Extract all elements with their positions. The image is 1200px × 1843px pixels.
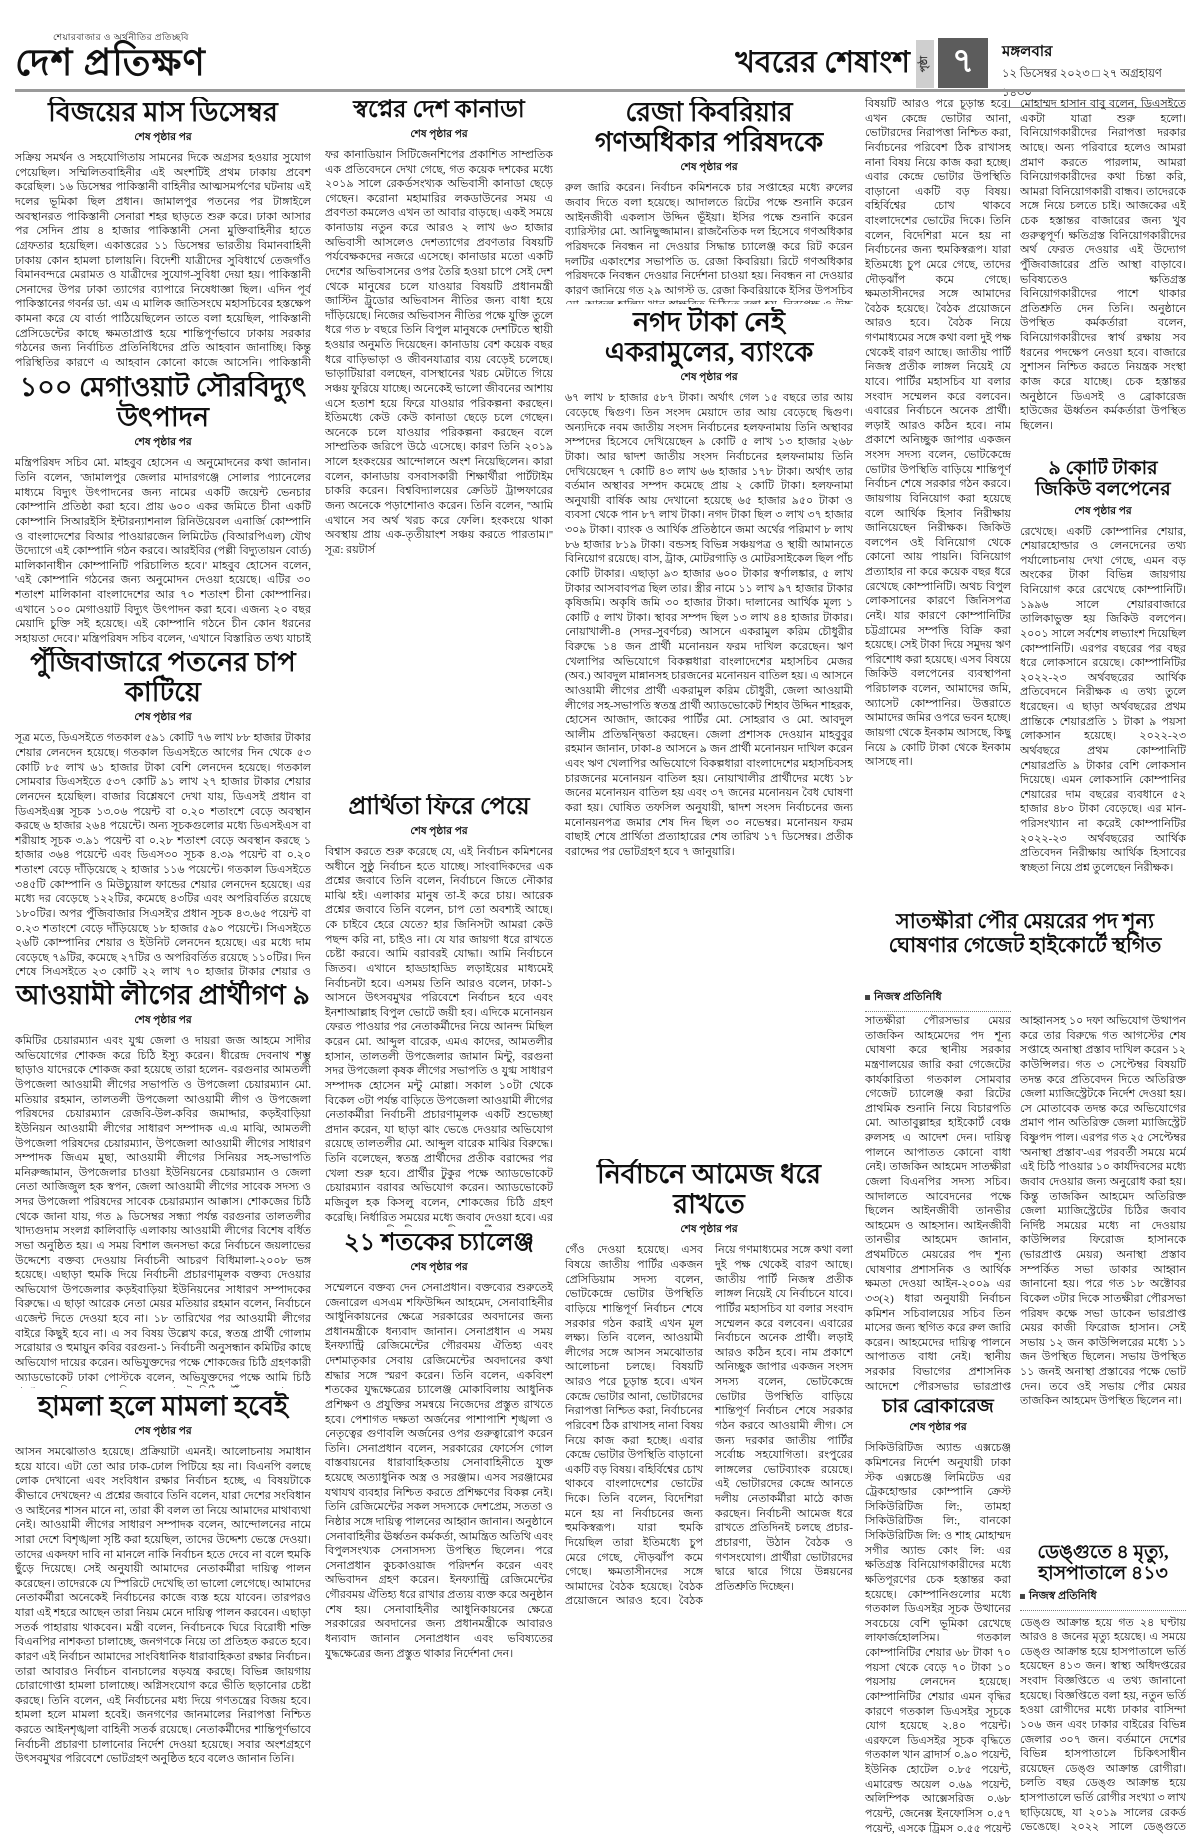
- article-attack-case: হামলা হলে মামলা হবেই শেষ পৃষ্ঠার পর আসন …: [15, 1391, 311, 1835]
- continued-from-label: শেষ পৃষ্ঠার পর: [15, 1424, 311, 1441]
- article-body: মন্ত্রিপরিষদ সচিব মো. মাহবুব হোসেন এ অনু…: [15, 456, 311, 644]
- byline-bullet-icon: [1020, 1594, 1025, 1599]
- newspaper-logo: দেশ প্রতিক্ষণ: [15, 45, 335, 84]
- article-body: বিশ্বাস করতে শুরু করেছে যে, এই নির্বাচন …: [325, 845, 553, 1227]
- article-headline: চার ব্রোকারেজ: [865, 1396, 1011, 1417]
- article-body: সম্মেলনে বক্তব্য দেন সেনাপ্রধান। বক্তব্য…: [325, 1281, 553, 1835]
- article-body: রুল জারি করেন। নির্বাচন কমিশনকে চার সপ্ত…: [565, 181, 853, 304]
- article-headline: হামলা হলে মামলা হবেই: [15, 1391, 311, 1421]
- article-candidacy-restored: প্রার্থিতা ফিরে পেয়ে শেষ পৃষ্ঠার পর বিশ…: [325, 794, 553, 1227]
- column-continuation-text: বিষয়টি আরও পরে চূড়ান্ত হবে। এখন কেন্দ্…: [865, 97, 1011, 907]
- newspaper-page: শেয়ারবাজার ও অর্থনীতির প্রতিচ্ছবি দেশ প…: [0, 0, 1200, 1843]
- article-awami-league-candidates: আওয়ামী লীগের প্রার্থীগণ ৯ শেষ পৃষ্ঠার প…: [15, 980, 311, 1388]
- article-ekramul-no-cash: নগদ টাকা নেই একরামুলের, ব্যাংকে শেষ পৃষ্…: [565, 307, 853, 1156]
- correspondent-label: নিজস্ব প্রতিনিধি: [874, 991, 942, 1003]
- article-21st-century-challenge: ২১ শতকের চ্যালেঞ্জ শেষ পৃষ্ঠার পর সম্মেল…: [325, 1230, 553, 1835]
- article-body: আসন সমঝোতাও হয়েছে। প্রক্রিয়াটা এমনই। আ…: [15, 1445, 311, 1835]
- page-word-box: পৃষ্ঠা: [916, 40, 934, 88]
- continued-from-label: শেষ পৃষ্ঠার পর: [15, 710, 311, 727]
- continued-from-label: শেষ পৃষ্ঠার পর: [1020, 504, 1186, 521]
- continued-from-label: শেষ পৃষ্ঠার পর: [565, 370, 853, 387]
- article-headline: নির্বাচনে আমেজ ধরে রাখতে: [565, 1159, 853, 1219]
- article-headline: ডেঙ্গুতে ৪ মৃত্যু, হাসপাতালে ৪১৩: [1020, 1542, 1186, 1585]
- weekday-label: মঙ্গলবার: [1002, 40, 1185, 65]
- section-title: খবরের শেষাংশ: [700, 38, 910, 89]
- article-body: কমিটির চেয়ারম্যান এবং যুগ্ম জেলা ও দায়…: [15, 1034, 311, 1388]
- article-headline: সাতক্ষীরা পৌর মেয়রের পদ শূন্য ঘোষণার গে…: [865, 910, 1185, 957]
- continued-from-label: শেষ পৃষ্ঠার পর: [325, 1260, 553, 1277]
- article-body: সিকিউরিটিজ অ্যান্ড এক্সচেঞ্জ কমিশনের নির…: [865, 1441, 1011, 1835]
- article-satkhira-mayor-headline: সাতক্ষীরা পৌর মেয়রের পদ শূন্য ঘোষণার গে…: [865, 910, 1185, 984]
- article-headline: স্বপ্নের দেশ কানাডা: [325, 97, 553, 124]
- article-100mw-solar: ১০০ মেগাওয়াট সৌরবিদ্যুৎ উৎপাদন শেষ পৃষ্…: [15, 372, 311, 644]
- continued-from-label: শেষ পৃষ্ঠার পর: [15, 1013, 311, 1030]
- page-number-badge: ৭: [938, 38, 988, 88]
- article-satkhira-body-left: সাতক্ষীরা পৌরসভার মেয়র তাজকিন আহমেদের প…: [865, 1014, 1011, 1390]
- byline-bullet-icon: [865, 995, 870, 1000]
- correspondent-label: নিজস্ব প্রতিনিধি: [1029, 1590, 1097, 1602]
- article-headline: প্রার্থিতা ফিরে পেয়ে: [325, 794, 553, 821]
- article-headline: আওয়ামী লীগের প্রার্থীগণ ৯: [15, 980, 311, 1010]
- article-body: ফর কানাডিয়ান সিটিজেনশিপের প্রকাশিত সাম্…: [325, 148, 553, 791]
- continued-from-label: শেষ পৃষ্ঠার পর: [865, 1420, 1011, 1437]
- article-victory-month-december: বিজয়ের মাস ডিসেম্বর শেষ পৃষ্ঠার পর সক্র…: [15, 97, 311, 369]
- article-four-brokerage: চার ব্রোকারেজ শেষ পৃষ্ঠার পর সিকিউরিটিজ …: [865, 1396, 1011, 1835]
- article-reza-kibria-gonoodhikar: রেজা কিবরিয়ার গণঅধিকার পরিষদকে শেষ পৃষ্…: [565, 97, 853, 304]
- byline: নিজস্ব প্রতিনিধি: [1020, 1587, 1186, 1611]
- continued-from-label: শেষ পৃষ্ঠার পর: [15, 130, 311, 147]
- article-satkhira-body-right: আহ্বানসহ ১০ দফা অভিযোগ উত্থাপন করে তার ব…: [1020, 1014, 1186, 1536]
- article-headline: রেজা কিবরিয়ার গণঅধিকার পরিষদকে: [565, 97, 853, 157]
- article-gq-ballpen: ৯ কোটি টাকার জিকিউ বলপেনের শেষ পৃষ্ঠার প…: [1020, 458, 1186, 906]
- header-rule: [15, 89, 1185, 92]
- article-body: সক্রিয় সমর্থন ও সহযোগিতায় সামনের দিকে …: [15, 151, 311, 369]
- article-body: সূত্র মতে, ডিএসইতে গতকাল ৫৯১ কোটি ৭৬ লাখ…: [15, 731, 311, 977]
- page-word-label: পৃষ্ঠা: [917, 56, 934, 72]
- article-dream-country-canada: স্বপ্নের দেশ কানাডা শেষ পৃষ্ঠার পর ফর কা…: [325, 97, 553, 791]
- continued-from-label: শেষ পৃষ্ঠার পর: [15, 435, 311, 452]
- column-continuation-text: মোহাম্মদ হাসান বাবু বলেন, ডিএসইতে একটা য…: [1020, 97, 1186, 453]
- byline: নিজস্ব প্রতিনিধি: [865, 988, 1011, 1012]
- article-headline: ১০০ মেগাওয়াট সৌরবিদ্যুৎ উৎপাদন: [15, 372, 311, 432]
- masthead: শেয়ারবাজার ও অর্থনীতির প্রতিচ্ছবি দেশ প…: [15, 30, 335, 88]
- continued-from-label: শেষ পৃষ্ঠার পর: [325, 127, 553, 144]
- article-body: ডেঙ্গু আক্রান্ত হয়ে গত ২৪ ঘণ্টায় আরও ৪…: [1020, 1616, 1186, 1835]
- article-headline: পুঁজিবাজারে পতনের চাপ কাটিয়ে: [15, 647, 311, 707]
- continued-from-label: শেষ পৃষ্ঠার পর: [565, 1222, 853, 1239]
- article-dengue-deaths: ডেঙ্গুতে ৪ মৃত্যু, হাসপাতালে ৪১৩ নিজস্ব …: [1020, 1542, 1186, 1835]
- article-headline: ৯ কোটি টাকার জিকিউ বলপেনের: [1020, 458, 1186, 501]
- article-body: ৬৭ লাখ ৮ হাজার ৫৮৭ টাকা। অর্থাৎ গেল ১৫ ব…: [565, 391, 853, 1156]
- article-headline: ২১ শতকের চ্যালেঞ্জ: [325, 1230, 553, 1257]
- article-body: রেখেছে। একটি কোম্পানির শেয়ার, শেয়ারহোল…: [1020, 525, 1186, 906]
- article-stockmarket-recovery: পুঁজিবাজারে পতনের চাপ কাটিয়ে শেষ পৃষ্ঠা…: [15, 647, 311, 977]
- continued-from-label: শেষ পৃষ্ঠার পর: [325, 824, 553, 841]
- article-election-mood: নির্বাচনে আমেজ ধরে রাখতে শেষ পৃষ্ঠার পর …: [565, 1159, 853, 1835]
- article-headline: নগদ টাকা নেই একরামুলের, ব্যাংকে: [565, 307, 853, 367]
- article-body: গেঁও দেওয়া হয়েছে। এসব বিষয়ে জাতীয় পা…: [565, 1243, 853, 1835]
- article-headline: বিজয়ের মাস ডিসেম্বর: [15, 97, 311, 127]
- continued-from-label: শেষ পৃষ্ঠার পর: [565, 160, 853, 177]
